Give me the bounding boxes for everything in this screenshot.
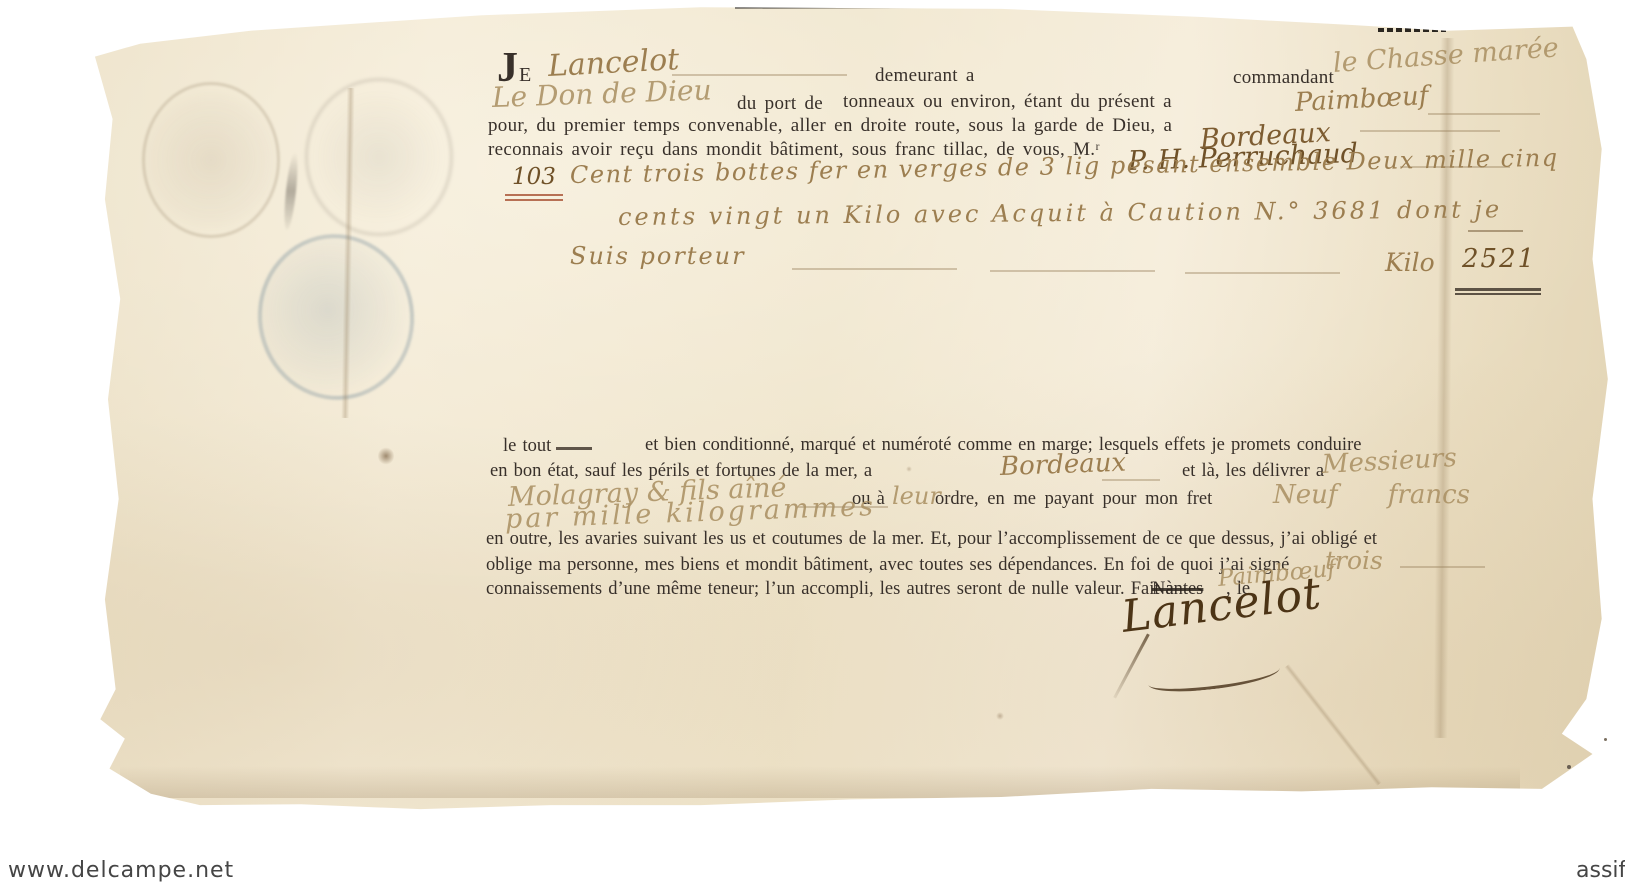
handwritten-cargo-line2: cents vingt un Kilo avec Acquit à Cautio… bbox=[618, 197, 1502, 229]
ruled-line bbox=[1428, 113, 1540, 115]
ruled-line bbox=[792, 268, 957, 270]
handwritten-cargo-line3: Suis porteur bbox=[570, 244, 746, 268]
ruled-line bbox=[1400, 566, 1485, 568]
ruled-line bbox=[1360, 130, 1500, 132]
round-stamp-icon bbox=[305, 78, 453, 236]
form-text-commanding: commandant bbox=[1233, 68, 1334, 88]
form-text-oblige: oblige ma personne, mes biens et mondit … bbox=[486, 556, 1289, 575]
form-text-tenor: connaissements d’une même teneur; l’un a… bbox=[486, 580, 1174, 599]
paper-crease bbox=[1433, 38, 1454, 738]
handwritten-kilo-value: 2521 bbox=[1462, 246, 1536, 272]
handwritten-consignee-title: Messieurs bbox=[1321, 445, 1457, 478]
ruled-line bbox=[990, 270, 1155, 272]
form-text-tonnage: tonneaux ou environ, étant du présent a bbox=[843, 92, 1172, 112]
scan-speck bbox=[1604, 738, 1607, 741]
form-text-route: pour, du premier temps convenable, aller… bbox=[488, 116, 1172, 136]
ruled-line bbox=[1185, 272, 1340, 274]
scanned-document-page: Je Lancelot demeurant a commandant le Ch… bbox=[0, 0, 1625, 887]
dark-double-underline bbox=[1455, 293, 1541, 295]
ruled-line bbox=[1468, 230, 1523, 232]
form-text-avaries: en outre, les avaries suivant les us et … bbox=[486, 530, 1377, 549]
ink-stain bbox=[378, 447, 394, 465]
handwritten-delivery-port: Bordeaux bbox=[1000, 450, 1127, 480]
red-double-underline bbox=[505, 194, 563, 196]
scan-speck bbox=[1567, 765, 1571, 769]
ruled-line bbox=[1102, 479, 1160, 481]
blue-round-stamp-icon bbox=[247, 224, 425, 410]
paper-speck bbox=[996, 712, 1004, 720]
top-edge-line bbox=[735, 4, 1125, 8]
form-text-port-of: du port de bbox=[737, 94, 823, 114]
top-edge-dashed-line bbox=[1378, 28, 1446, 32]
dark-double-underline bbox=[1455, 288, 1541, 291]
form-text-order-freight: ordre, en me payant pour mon fret bbox=[935, 490, 1212, 509]
form-text-le-tout: le tout bbox=[503, 437, 551, 456]
watermark-site: www.delcampe.net bbox=[8, 858, 234, 883]
form-text-deliver-to: et là, les délivrer a bbox=[1182, 462, 1324, 481]
handwritten-present-port: Paimbœuf bbox=[1294, 83, 1429, 116]
handwritten-their: leur bbox=[892, 484, 941, 508]
handwritten-freight-amount: Neuf francs bbox=[1273, 482, 1470, 508]
red-double-underline bbox=[505, 199, 563, 201]
handwritten-ship-name: Le Don de Dieu bbox=[492, 76, 713, 112]
form-text-residing: demeurant a bbox=[875, 66, 975, 86]
round-stamp-icon bbox=[142, 82, 280, 238]
paper-bottom-shadow bbox=[120, 766, 1520, 798]
ink-smudge bbox=[282, 152, 300, 231]
paper-speck bbox=[906, 466, 912, 472]
printed-dash bbox=[556, 447, 592, 450]
watermark-partial: assif bbox=[1576, 858, 1625, 883]
handwritten-kilo-label: Kilo bbox=[1385, 250, 1435, 275]
handwritten-marginal-number: 103 bbox=[512, 166, 556, 189]
